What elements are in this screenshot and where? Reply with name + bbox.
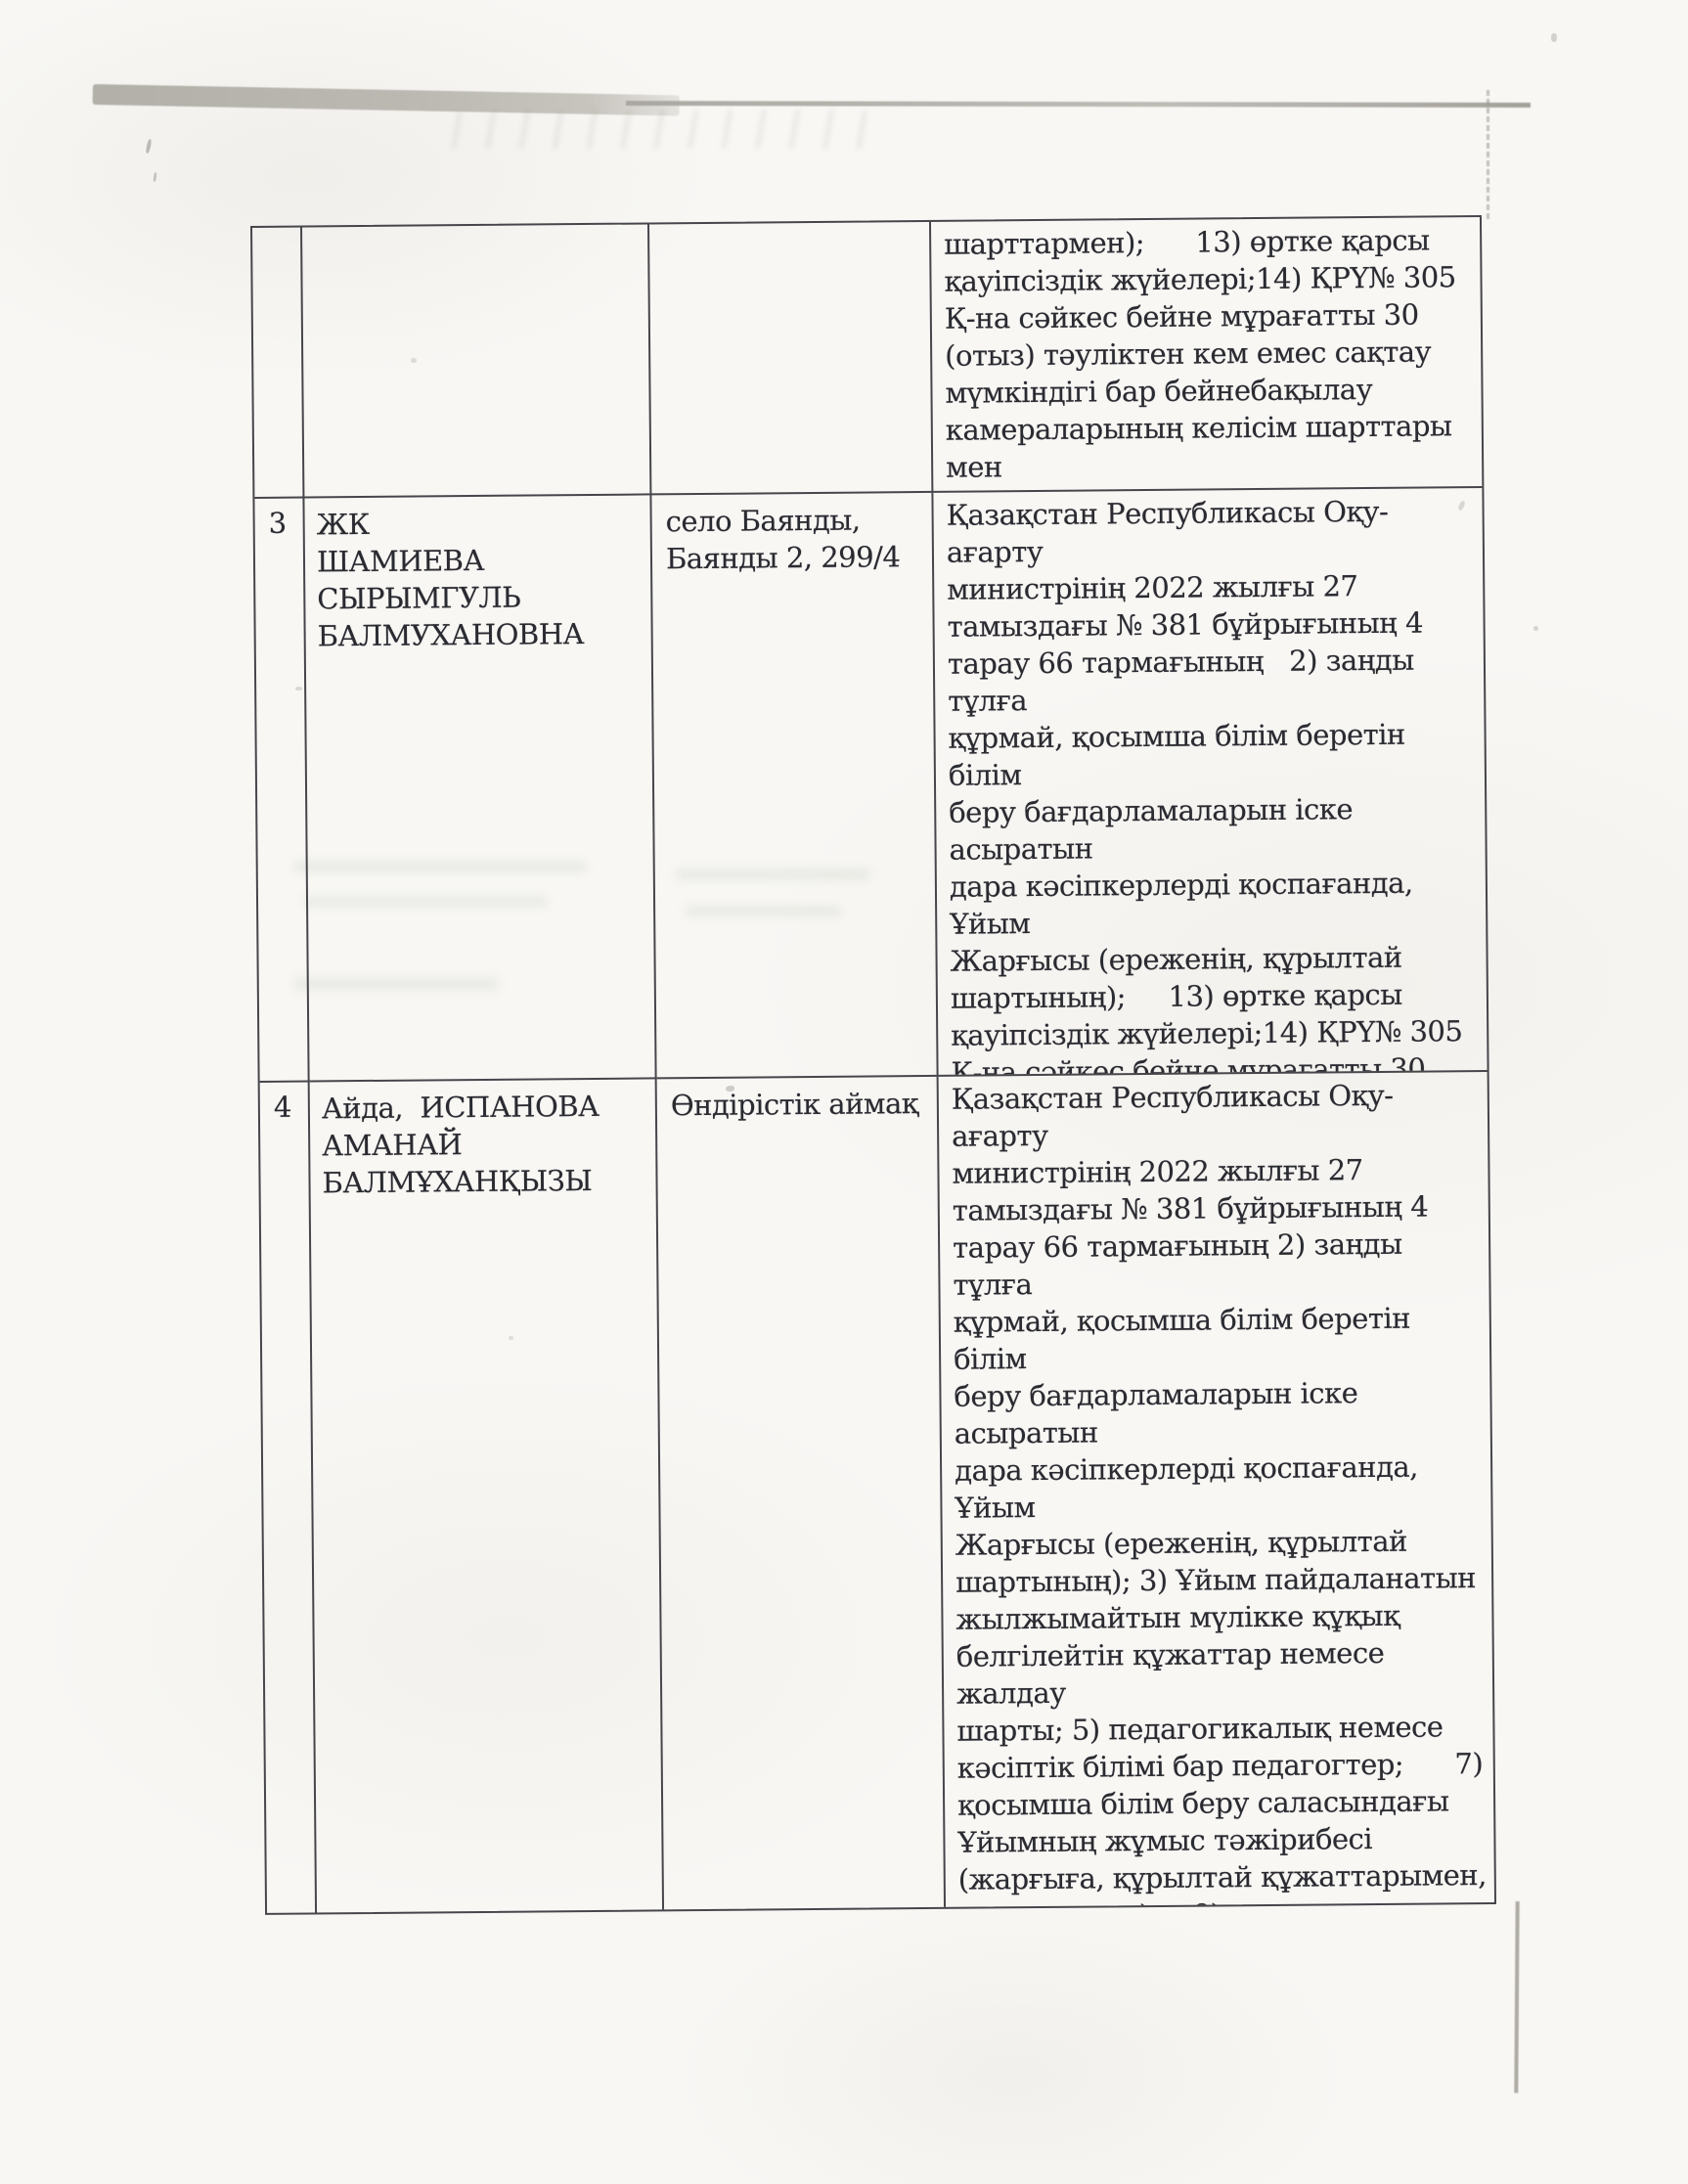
dust-speck	[153, 172, 156, 182]
row4-number-cell: 4	[260, 1083, 317, 1913]
carryover-address-cell	[649, 222, 933, 496]
row3-requirements-cell: Қазақстан Республикасы Оқу-ағарту минист…	[933, 488, 1487, 1077]
page-edge-dashed-line	[1487, 90, 1489, 219]
faint-handwriting-artifact	[445, 110, 866, 149]
dust-speck	[1551, 33, 1557, 42]
carryover-requirements-cell: шарттармен); 13) өртке қарсы қауіпсіздік…	[931, 217, 1482, 493]
row4-name-cell: Айда, ИСПАНОВА АМАНАЙ БАЛМҰХАНҚЫЗЫ	[310, 1079, 664, 1912]
page-edge-bottom-line	[1514, 1901, 1519, 2093]
row4-requirements-cell: Қазақстан Республикасы Оқу-ағарту минист…	[939, 1072, 1494, 1907]
row3-address-cell: село Баянды, Баянды 2, 299/4	[651, 493, 938, 1079]
carryover-name-cell	[302, 224, 651, 498]
row4-address-cell: Өндірістік аймақ	[657, 1077, 946, 1909]
carryover-number-cell	[252, 228, 304, 499]
dust-speck	[1533, 626, 1538, 631]
scan-smudge-bar	[93, 84, 680, 116]
registry-table: шарттармен); 13) өртке қарсы қауіпсіздік…	[250, 215, 1496, 1915]
row3-number-cell: 3	[254, 499, 309, 1083]
row3-name-cell: ЖК ШАМИЕВА СЫРЫМГУЛЬ БАЛМУХАНОВНА	[304, 495, 656, 1082]
dust-speck	[145, 139, 152, 155]
scan-edge-line	[626, 101, 1531, 108]
